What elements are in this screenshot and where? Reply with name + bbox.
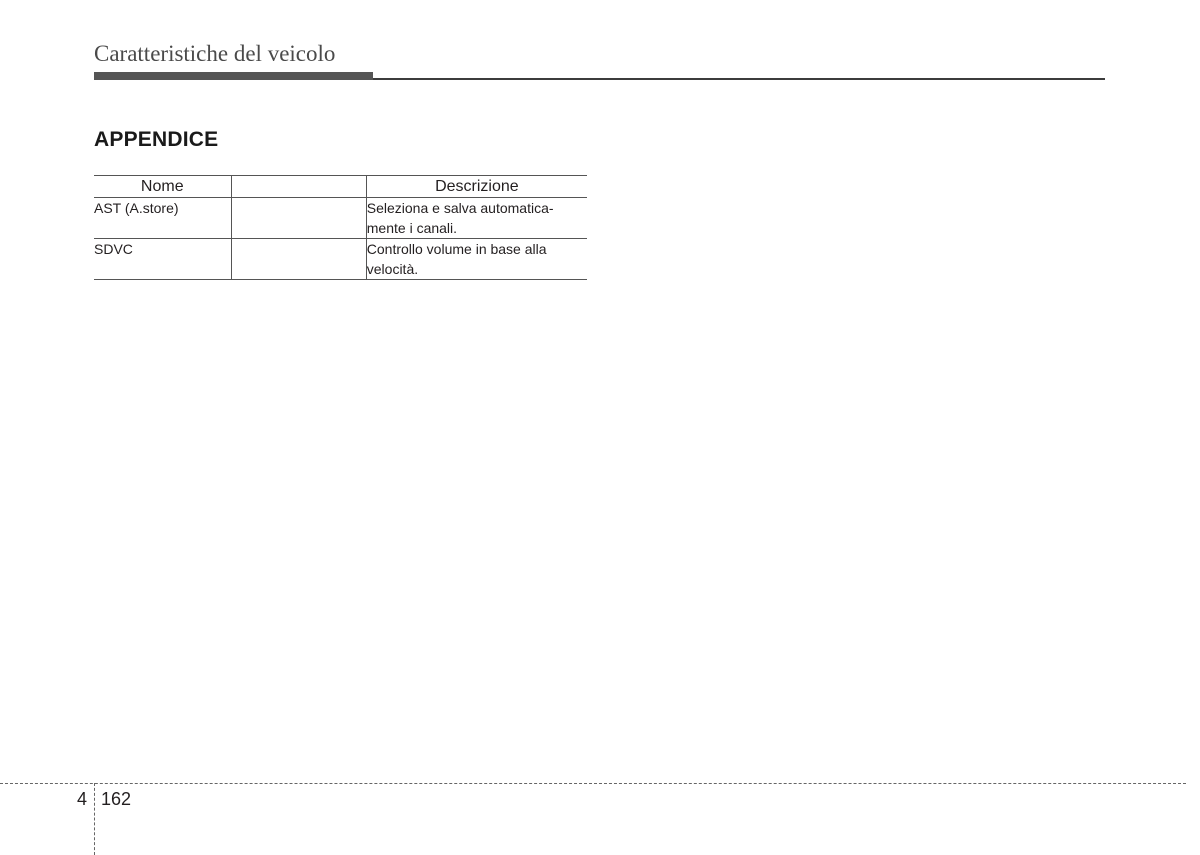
description-line: Seleziona e salva automatica- bbox=[367, 198, 587, 218]
cell-description: Seleziona e salva automatica- mente i ca… bbox=[366, 198, 587, 239]
cell-middle bbox=[231, 198, 366, 239]
footer-vertical-dashed-rule bbox=[94, 783, 95, 855]
description-line: Controllo volume in base alla bbox=[367, 239, 587, 259]
column-header-empty bbox=[231, 176, 366, 198]
header-rule-thick bbox=[94, 72, 373, 80]
column-header-description: Descrizione bbox=[366, 176, 587, 198]
page-number: 162 bbox=[101, 789, 131, 810]
column-header-name: Nome bbox=[94, 176, 231, 198]
chapter-title: Caratteristiche del veicolo bbox=[94, 41, 335, 67]
footer-dashed-rule bbox=[0, 783, 1186, 784]
section-title: APPENDICE bbox=[94, 128, 218, 152]
cell-middle bbox=[231, 239, 366, 280]
header-rule-thin bbox=[373, 78, 1105, 80]
description-line: velocità. bbox=[367, 259, 587, 279]
cell-name: AST (A.store) bbox=[94, 198, 231, 239]
table-row: AST (A.store) Seleziona e salva automati… bbox=[94, 198, 587, 239]
table-row: SDVC Controllo volume in base alla veloc… bbox=[94, 239, 587, 280]
cell-description: Controllo volume in base alla velocità. bbox=[366, 239, 587, 280]
appendix-table: Nome Descrizione AST (A.store) Seleziona… bbox=[94, 175, 587, 280]
page-chapter-number: 4 bbox=[77, 789, 87, 810]
table-header-row: Nome Descrizione bbox=[94, 176, 587, 198]
description-line: mente i canali. bbox=[367, 218, 587, 238]
cell-name: SDVC bbox=[94, 239, 231, 280]
